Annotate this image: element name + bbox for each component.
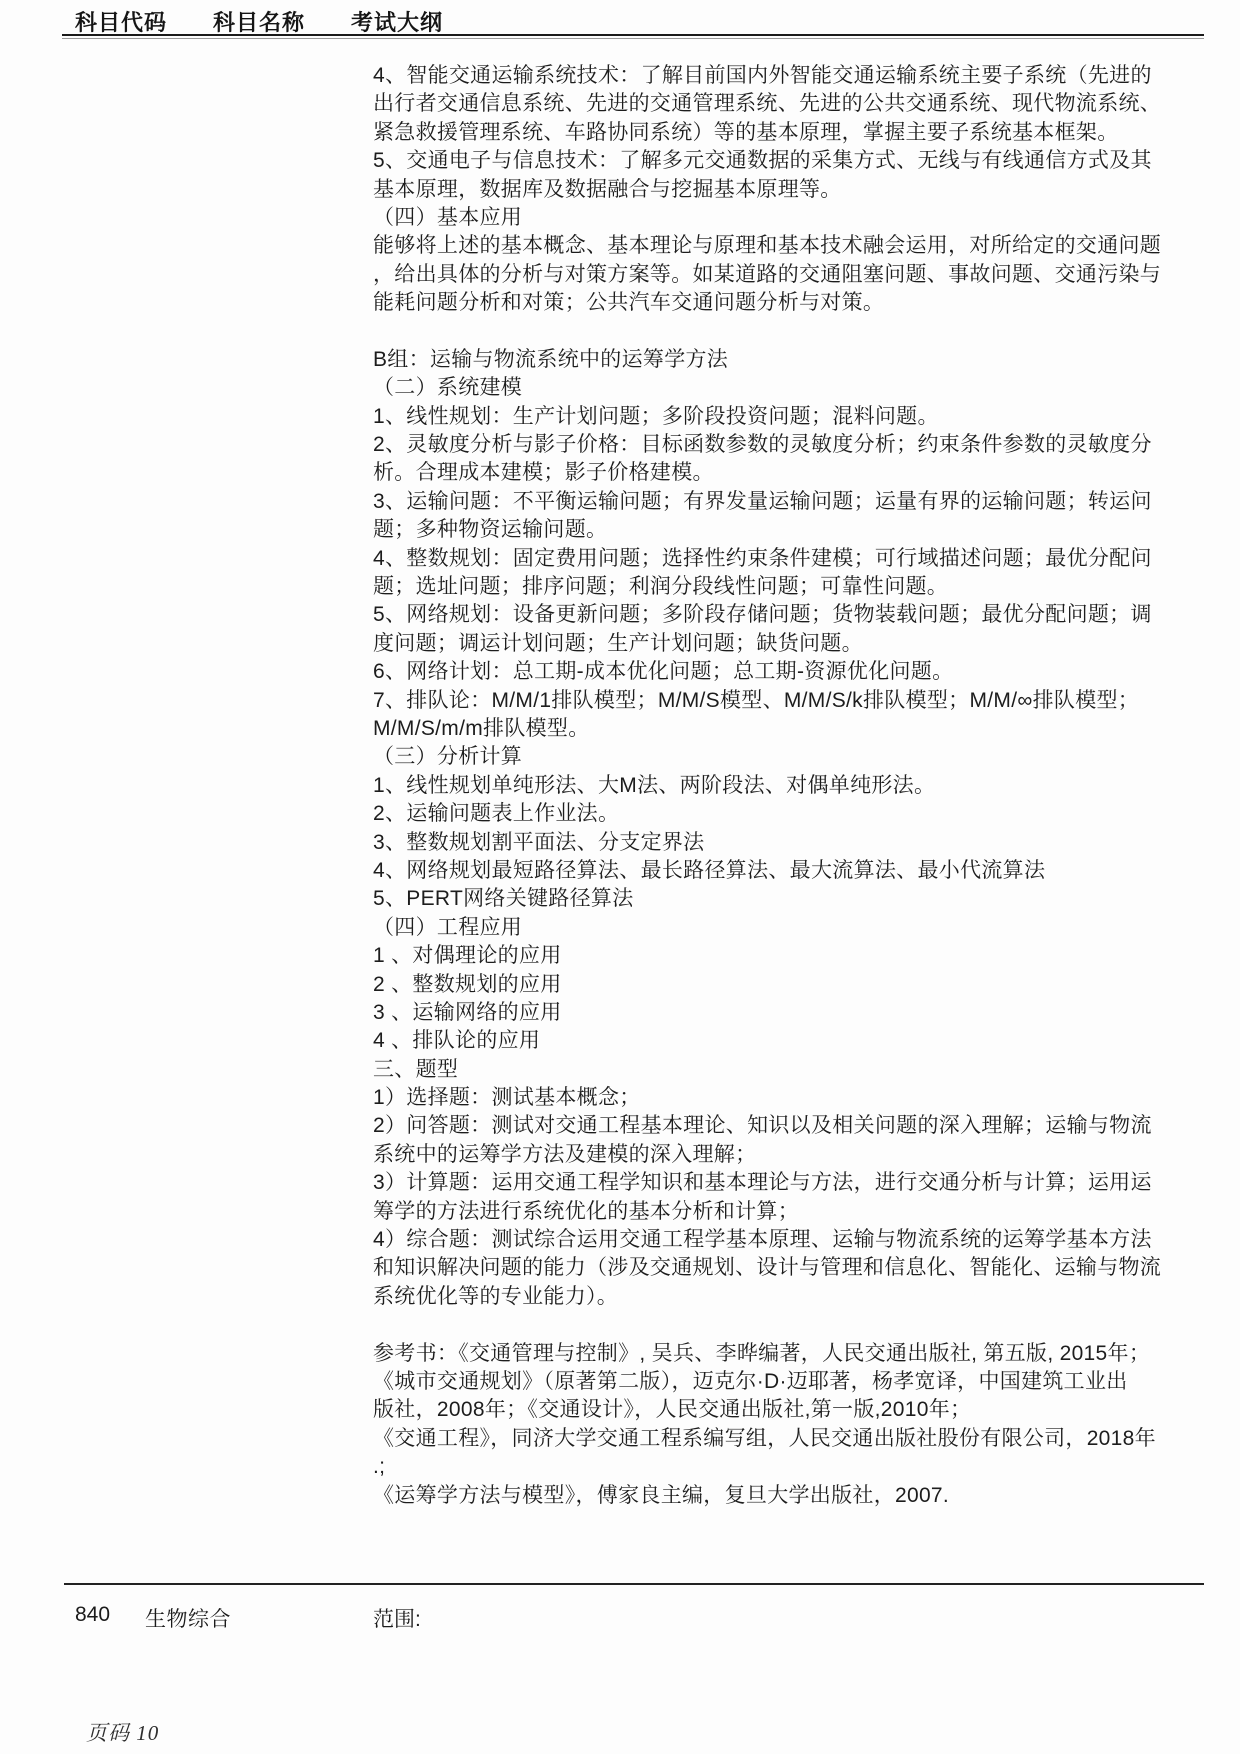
text-line: B组：运输与物流系统中的运筹学方法 [373,346,1113,374]
text-line: 3 、运输网络的应用 [373,999,1113,1027]
footer-course-code: 840 [75,1603,110,1627]
header-subject-name-label: 科目名称 [213,6,305,37]
text-line: 3）计算题：运用交通工程学知识和基本理论与方法，进行交通分析与计算；运用运 [373,1169,1113,1197]
page-header: 科目代码 科目名称 考试大纲 [75,6,443,37]
text-line: 系统中的运筹学方法及建模的深入理解； [373,1141,1113,1169]
text-line: 2、灵敏度分析与影子价格：目标函数参数的灵敏度分析；约束条件参数的灵敏度分 [373,431,1113,459]
text-line: 系统优化等的专业能力）。 [373,1283,1113,1311]
text-line: 能够将上述的基本概念、基本理论与原理和基本技术融会运用，对所给定的交通问题 [373,232,1113,260]
text-line: 能耗问题分析和对策；公共汽车交通问题分析与对策。 [373,289,1113,317]
document-body: 4、智能交通运输系统技术：了解目前国内外智能交通运输系统主要子系统（先进的出行者… [373,62,1113,1510]
text-line: 7、排队论：M/M/1排队模型；M/M/S模型、M/M/S/k排队模型；M/M/… [373,687,1113,715]
text-line: 和知识解决问题的能力（涉及交通规划、设计与管理和信息化、智能化、运输与物流 [373,1254,1113,1282]
text-line: 2 、整数规划的应用 [373,971,1113,999]
text-line: 1 、对偶理论的应用 [373,942,1113,970]
text-line: 1、线性规划：生产计划问题；多阶段投资问题；混料问题。 [373,403,1113,431]
text-line: 6、网络计划：总工期-成本优化问题；总工期-资源优化问题。 [373,658,1113,686]
text-line: 度问题；调运计划问题；生产计划问题；缺货问题。 [373,630,1113,658]
text-line: 题；选址问题；排序问题；利润分段线性问题；可靠性问题。 [373,573,1113,601]
text-line: 1、线性规划单纯形法、大M法、两阶段法、对偶单纯形法。 [373,772,1113,800]
text-line [373,1311,1113,1339]
text-line: 3、整数规划割平面法、分支定界法 [373,829,1113,857]
text-line [373,318,1113,346]
text-line: 参考书：《交通管理与控制》, 吴兵、李晔编著，人民交通出版社, 第五版, 201… [373,1340,1113,1368]
text-line: （二）系统建模 [373,374,1113,402]
text-line: 《运筹学方法与模型》，傅家良主编，复旦大学出版社，2007. [373,1482,1113,1510]
text-line: 出行者交通信息系统、先进的交通管理系统、先进的公共交通系统、现代物流系统、 [373,90,1113,118]
text-line: 4）综合题：测试综合运用交通工程学基本原理、运输与物流系统的运筹学基本方法 [373,1226,1113,1254]
text-line: 筹学的方法进行系统优化的基本分析和计算； [373,1198,1113,1226]
text-line: 2、运输问题表上作业法。 [373,800,1113,828]
text-line: 《交通工程》，同济大学交通工程系编写组，人民交通出版社股份有限公司，2018年 [373,1425,1113,1453]
text-line: （三）分析计算 [373,743,1113,771]
text-line: 版社，2008年；《交通设计》，人民交通出版社,第一版,2010年； [373,1396,1113,1424]
text-line: 《城市交通规划》（原著第二版），迈克尔·D·迈耶著，杨孝宽译，中国建筑工业出 [373,1368,1113,1396]
text-line: 三、题型 [373,1056,1113,1084]
text-line: 3、运输问题：不平衡运输问题；有界发量运输问题；运量有界的运输问题；转运问 [373,488,1113,516]
text-line: （四）工程应用 [373,914,1113,942]
text-line: 题；多种物资运输问题。 [373,516,1113,544]
text-line: 析。合理成本建模；影子价格建模。 [373,459,1113,487]
text-line: .; [373,1453,1113,1481]
page-number-label: 页码 10 [86,1717,159,1747]
document-page: 科目代码 科目名称 考试大纲 4、智能交通运输系统技术：了解目前国内外智能交通运… [0,0,1240,1754]
text-line: 4、整数规划：固定费用问题；选择性约束条件建模；可行域描述问题；最优分配问 [373,545,1113,573]
header-exam-outline-label: 考试大纲 [351,6,443,37]
text-line: ，给出具体的分析与对策方案等。如某道路的交通阻塞问题、事故问题、交通污染与 [373,261,1113,289]
text-line: 紧急救援管理系统、车路协同系统）等的基本原理，掌握主要子系统基本框架。 [373,119,1113,147]
footer-range-label: 范围: [373,1603,421,1633]
text-line: 4 、排队论的应用 [373,1027,1113,1055]
footer-course-name: 生物综合 [145,1603,231,1633]
text-line: M/M/S/m/m排队模型。 [373,715,1113,743]
text-line: 5、交通电子与信息技术：了解多元交通数据的采集方式、无线与有线通信方式及其 [373,147,1113,175]
text-line: 1）选择题：测试基本概念； [373,1084,1113,1112]
text-line: 基本原理，数据库及数据融合与挖掘基本原理等。 [373,176,1113,204]
header-divider-shadow [62,38,1204,39]
text-line: 5、网络规划：设备更新问题；多阶段存储问题；货物装载问题；最优分配问题；调 [373,601,1113,629]
header-divider [62,34,1204,36]
footer-divider [64,1583,1204,1585]
text-line: 5、PERT网络关键路径算法 [373,885,1113,913]
text-line: 4、网络规划最短路径算法、最长路径算法、最大流算法、最小代流算法 [373,857,1113,885]
text-line: 2）问答题：测试对交通工程基本理论、知识以及相关问题的深入理解；运输与物流 [373,1112,1113,1140]
text-line: （四）基本应用 [373,204,1113,232]
text-line: 4、智能交通运输系统技术：了解目前国内外智能交通运输系统主要子系统（先进的 [373,62,1113,90]
header-subject-code-label: 科目代码 [75,6,167,37]
